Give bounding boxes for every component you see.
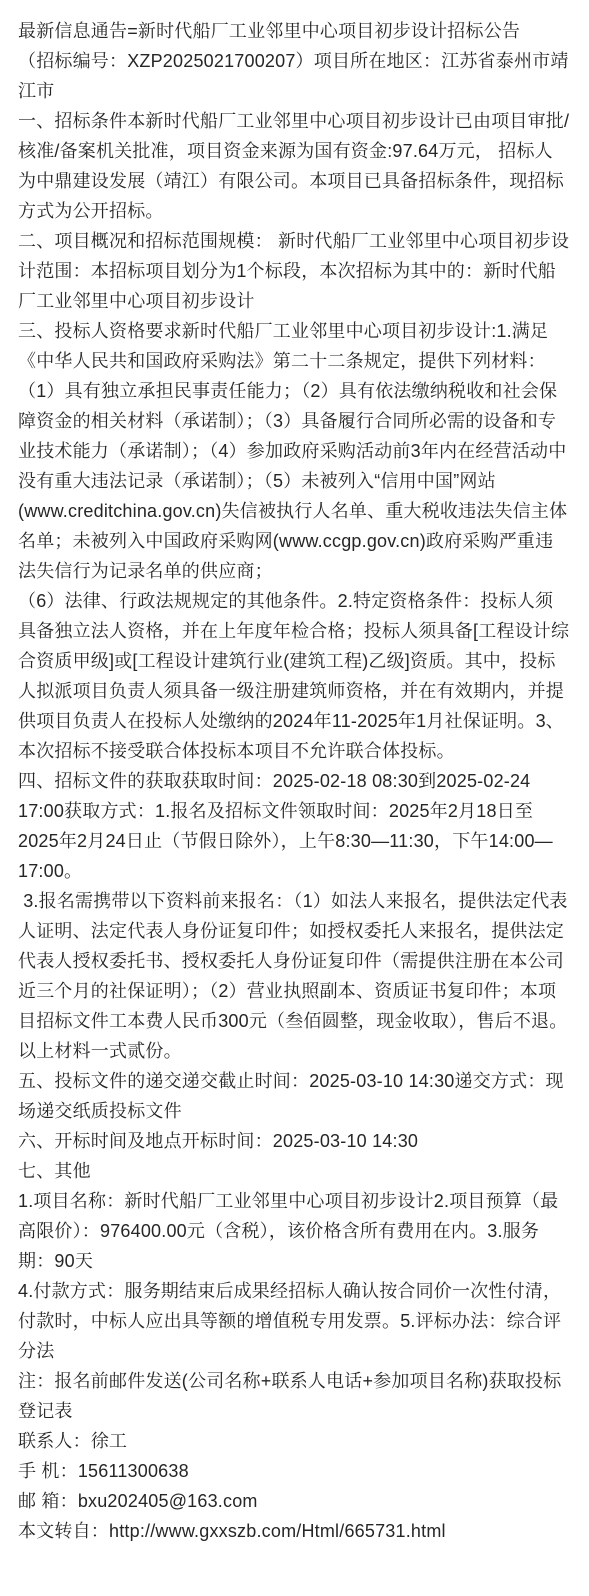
source-attribution-label: 本文转自：	[18, 1521, 109, 1541]
source-url-text: http://www.gxxszb.com/Html/665731.html	[109, 1521, 446, 1541]
contact-person-line: 联系人：徐工	[18, 1426, 571, 1456]
paragraph-bidder-qualification-requirements: 三、投标人资格要求新时代船厂工业邻里中心项目初步设计:1.满足《中华人民共和国政…	[18, 316, 571, 586]
contact-person-name: 徐工	[91, 1431, 127, 1451]
contact-mobile-line: 手 机：15611300638	[18, 1456, 571, 1486]
paragraph-registration-materials: 3.报名需携带以下资料前来报名：（1）如法人来报名，提供法定代表人证明、法定代表…	[18, 886, 571, 1066]
paragraph-tender-code-location: （招标编号：XZP2025021700207）项目所在地区：江苏省泰州市靖江市	[18, 46, 571, 106]
paragraph-qualification-requirements-continued: （6）法律、行政法规规定的其他条件。2.特定资格条件：投标人须具备独立法人资格，…	[18, 586, 571, 766]
paragraph-tender-conditions: 一、招标条件本新时代船厂工业邻里中心项目初步设计已由项目审批/核准/备案机关批准…	[18, 106, 571, 226]
paragraph-other-section-heading: 七、其他	[18, 1156, 571, 1186]
contact-email-label: 邮 箱：	[18, 1491, 78, 1511]
article-title: 最新信息通告=新时代船厂工业邻里中心项目初步设计招标公告	[18, 16, 571, 46]
contact-person-label: 联系人：	[18, 1431, 91, 1451]
paragraph-bid-opening-time: 六、开标时间及地点开标时间：2025-03-10 14:30	[18, 1126, 571, 1156]
contact-email-line: 邮 箱：bxu202405@163.com	[18, 1486, 571, 1516]
contact-email-address: bxu202405@163.com	[78, 1491, 258, 1511]
paragraph-registration-note: 注：报名前邮件发送(公司名称+联系人电话+参加项目名称)获取投标登记表	[18, 1366, 571, 1426]
paragraph-document-acquisition: 四、招标文件的获取获取时间：2025-02-18 08:30到2025-02-2…	[18, 766, 571, 886]
contact-mobile-number: 15611300638	[78, 1461, 189, 1481]
contact-mobile-label: 手 机：	[18, 1461, 78, 1481]
tender-announcement-article: 最新信息通告=新时代船厂工业邻里中心项目初步设计招标公告 （招标编号：XZP20…	[0, 0, 589, 1596]
paragraph-project-name-budget-service-period: 1.项目名称：新时代船厂工业邻里中心项目初步设计2.项目预算（最高限价）：976…	[18, 1186, 571, 1276]
paragraph-bid-submission-deadline: 五、投标文件的递交递交截止时间：2025-03-10 14:30递交方式：现场递…	[18, 1066, 571, 1126]
paragraph-payment-method-evaluation: 4.付款方式：服务期结束后成果经招标人确认按合同价一次性付清，付款时，中标人应出…	[18, 1276, 571, 1366]
paragraph-project-overview-scope: 二、项目概况和招标范围规模： 新时代船厂工业邻里中心项目初步设计范围：本招标项目…	[18, 226, 571, 316]
source-attribution-line: 本文转自：http://www.gxxszb.com/Html/665731.h…	[18, 1516, 571, 1546]
